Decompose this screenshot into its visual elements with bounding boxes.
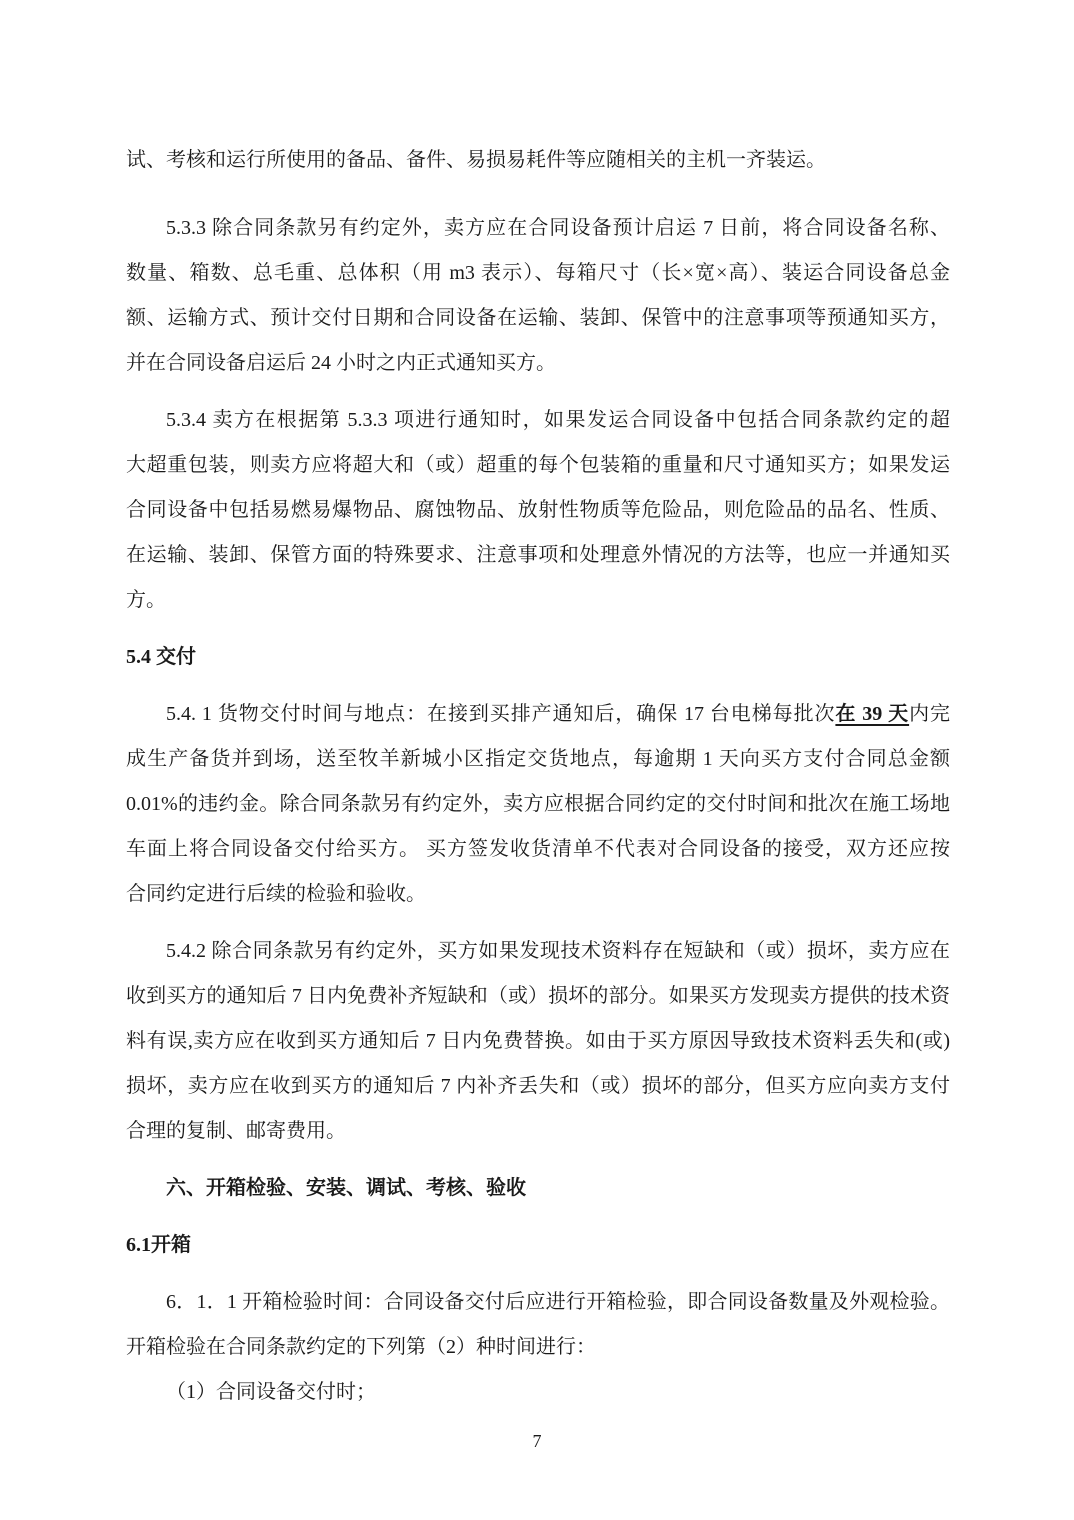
text-line: 5.3.4 卖方在根据第 5.3.3 项进行通知时，如果发运合同设备中包括合同条… bbox=[126, 398, 950, 443]
text-line: 料有误,卖方应在收到买方通知后 7 日内免费替换。如由于买方原因导致技术资料丢失… bbox=[126, 1019, 950, 1064]
text-segment: 合同设备中包括易燃易爆物品、腐蚀物品、放射性物质等危险品，则危险品的品名、性质、 bbox=[126, 499, 950, 521]
text-line: 收到买方的通知后 7 日内免费补齐短缺和（或）损坏的部分。如果买方发现卖方提供的… bbox=[126, 974, 950, 1019]
para-5-3-3: 5.3.3 除合同条款另有约定外，卖方应在合同设备预计启运 7 日前，将合同设备… bbox=[126, 206, 950, 386]
heading-5-4: 5.4 交付 bbox=[126, 635, 950, 680]
text-segment: 试、考核和运行所使用的备品、备件、易损易耗件等应随相关的主机一齐装运。 bbox=[126, 149, 826, 171]
document-body: 试、考核和运行所使用的备品、备件、易损易耗件等应随相关的主机一齐装运。5.3.3… bbox=[0, 0, 1074, 1415]
text-segment: 5.3.4 卖方在根据第 5.3.3 项进行通知时，如果发运合同设备中包括合同条… bbox=[166, 409, 950, 431]
text-line: 大超重包装，则卖方应将超大和（或）超重的每个包装箱的重量和尺寸通知买方；如果发运 bbox=[126, 443, 950, 488]
document-page: 试、考核和运行所使用的备品、备件、易损易耗件等应随相关的主机一齐装运。5.3.3… bbox=[0, 0, 1074, 1520]
text-line: 损坏，卖方应在收到买方的通知后 7 内补齐丢失和（或）损坏的部分，但买方应向卖方… bbox=[126, 1064, 950, 1109]
text-segment: 5.4 交付 bbox=[126, 646, 196, 668]
text-segment: 合理的复制、邮寄费用。 bbox=[126, 1120, 346, 1142]
text-line: 5.4 交付 bbox=[126, 635, 950, 680]
text-segment: 损坏，卖方应在收到买方的通知后 7 内补齐丢失和（或）损坏的部分，但买方应向卖方… bbox=[126, 1075, 950, 1097]
text-line: 6．1．1 开箱检验时间：合同设备交付后应进行开箱检验，即合同设备数量及外观检验… bbox=[126, 1280, 950, 1325]
text-segment: 并在合同设备启运后 24 小时之内正式通知买方。 bbox=[126, 352, 556, 374]
text-line: 成生产备货并到场，送至牧羊新城小区指定交货地点，每逾期 1 天向买方支付合同总金… bbox=[126, 737, 950, 782]
text-line: 车面上将合同设备交付给买方。 买方签发收货清单不代表对合同设备的接受，双方还应按 bbox=[126, 827, 950, 872]
text-line: 额、运输方式、预计交付日期和合同设备在运输、装卸、保管中的注意事项等预通知买方， bbox=[126, 296, 950, 341]
text-segment: 数量、箱数、总毛重、总体积（用 m3 表示）、每箱尺寸（长×宽×高）、装运合同设… bbox=[126, 262, 950, 284]
page-number: 7 bbox=[0, 1427, 1074, 1455]
text-segment: 收到买方的通知后 7 日内免费补齐短缺和（或）损坏的部分。如果买方发现卖方提供的… bbox=[126, 985, 950, 1007]
text-line: 合同约定进行后续的检验和验收。 bbox=[126, 872, 950, 917]
text-line: 数量、箱数、总毛重、总体积（用 m3 表示）、每箱尺寸（长×宽×高）、装运合同设… bbox=[126, 251, 950, 296]
text-line: 5.4.2 除合同条款另有约定外，买方如果发现技术资料存在短缺和（或）损坏，卖方… bbox=[126, 929, 950, 974]
text-segment: 5.4. 1 货物交付时间与地点：在接到买排产通知后，确保 17 台电梯每批次 bbox=[166, 703, 835, 725]
heading-6-1: 6.1开箱 bbox=[126, 1223, 950, 1268]
text-segment: 在 39 天 bbox=[835, 703, 909, 725]
text-segment: 料有误,卖方应在收到买方通知后 7 日内免费替换。如由于买方原因导致技术资料丢失… bbox=[126, 1030, 950, 1052]
text-segment: 6.1开箱 bbox=[126, 1234, 191, 1256]
para-item-1: （1）合同设备交付时； bbox=[126, 1370, 950, 1415]
text-segment: （1）合同设备交付时； bbox=[166, 1381, 376, 1403]
para-5-4-1: 5.4. 1 货物交付时间与地点：在接到买排产通知后，确保 17 台电梯每批次在… bbox=[126, 692, 950, 917]
text-segment: 大超重包装，则卖方应将超大和（或）超重的每个包装箱的重量和尺寸通知买方；如果发运 bbox=[126, 454, 950, 476]
text-line: 合理的复制、邮寄费用。 bbox=[126, 1109, 950, 1154]
text-line: 在运输、装卸、保管方面的特殊要求、注意事项和处理意外情况的方法等，也应一并通知买 bbox=[126, 533, 950, 578]
text-segment: 六、开箱检验、安装、调试、考核、验收 bbox=[166, 1177, 526, 1199]
para-6-1-1: 6．1．1 开箱检验时间：合同设备交付后应进行开箱检验，即合同设备数量及外观检验… bbox=[126, 1280, 950, 1370]
heading-6: 六、开箱检验、安装、调试、考核、验收 bbox=[126, 1166, 950, 1211]
para-5-4-2: 5.4.2 除合同条款另有约定外，买方如果发现技术资料存在短缺和（或）损坏，卖方… bbox=[126, 929, 950, 1154]
text-segment: 内完 bbox=[909, 703, 950, 725]
text-segment: 合同约定进行后续的检验和验收。 bbox=[126, 883, 426, 905]
text-line: 6.1开箱 bbox=[126, 1223, 950, 1268]
text-segment: 6．1．1 开箱检验时间：合同设备交付后应进行开箱检验，即合同设备数量及外观检验… bbox=[166, 1291, 950, 1313]
text-segment: 0.01%的违约金。除合同条款另有约定外，卖方应根据合同约定的交付时间和批次在施… bbox=[126, 793, 950, 815]
para-5-3-4: 5.3.4 卖方在根据第 5.3.3 项进行通知时，如果发运合同设备中包括合同条… bbox=[126, 398, 950, 623]
text-line: （1）合同设备交付时； bbox=[126, 1370, 950, 1415]
text-line: 0.01%的违约金。除合同条款另有约定外，卖方应根据合同约定的交付时间和批次在施… bbox=[126, 782, 950, 827]
text-line: 5.3.3 除合同条款另有约定外，卖方应在合同设备预计启运 7 日前，将合同设备… bbox=[126, 206, 950, 251]
text-segment: 成生产备货并到场，送至牧羊新城小区指定交货地点，每逾期 1 天向买方支付合同总金… bbox=[126, 748, 950, 770]
text-line: 试、考核和运行所使用的备品、备件、易损易耗件等应随相关的主机一齐装运。 bbox=[126, 138, 950, 183]
text-segment: 方。 bbox=[126, 589, 166, 611]
text-segment: 5.4.2 除合同条款另有约定外，买方如果发现技术资料存在短缺和（或）损坏，卖方… bbox=[166, 940, 950, 962]
text-line: 方。 bbox=[126, 578, 950, 623]
text-segment: 5.3.3 除合同条款另有约定外，卖方应在合同设备预计启运 7 日前，将合同设备… bbox=[166, 217, 950, 239]
text-segment: 额、运输方式、预计交付日期和合同设备在运输、装卸、保管中的注意事项等预通知买方， bbox=[126, 307, 950, 329]
text-line: 六、开箱检验、安装、调试、考核、验收 bbox=[126, 1166, 950, 1211]
text-line: 5.4. 1 货物交付时间与地点：在接到买排产通知后，确保 17 台电梯每批次在… bbox=[126, 692, 950, 737]
text-line: 开箱检验在合同条款约定的下列第（2）种时间进行： bbox=[126, 1325, 950, 1370]
text-line: 并在合同设备启运后 24 小时之内正式通知买方。 bbox=[126, 341, 950, 386]
text-segment: 开箱检验在合同条款约定的下列第（2）种时间进行： bbox=[126, 1336, 596, 1358]
text-segment: 车面上将合同设备交付给买方。 买方签发收货清单不代表对合同设备的接受，双方还应按 bbox=[126, 838, 950, 860]
para-5-3-2-continuation: 试、考核和运行所使用的备品、备件、易损易耗件等应随相关的主机一齐装运。 bbox=[126, 138, 950, 183]
text-line: 合同设备中包括易燃易爆物品、腐蚀物品、放射性物质等危险品，则危险品的品名、性质、 bbox=[126, 488, 950, 533]
text-segment: 在运输、装卸、保管方面的特殊要求、注意事项和处理意外情况的方法等，也应一并通知买 bbox=[126, 544, 950, 566]
